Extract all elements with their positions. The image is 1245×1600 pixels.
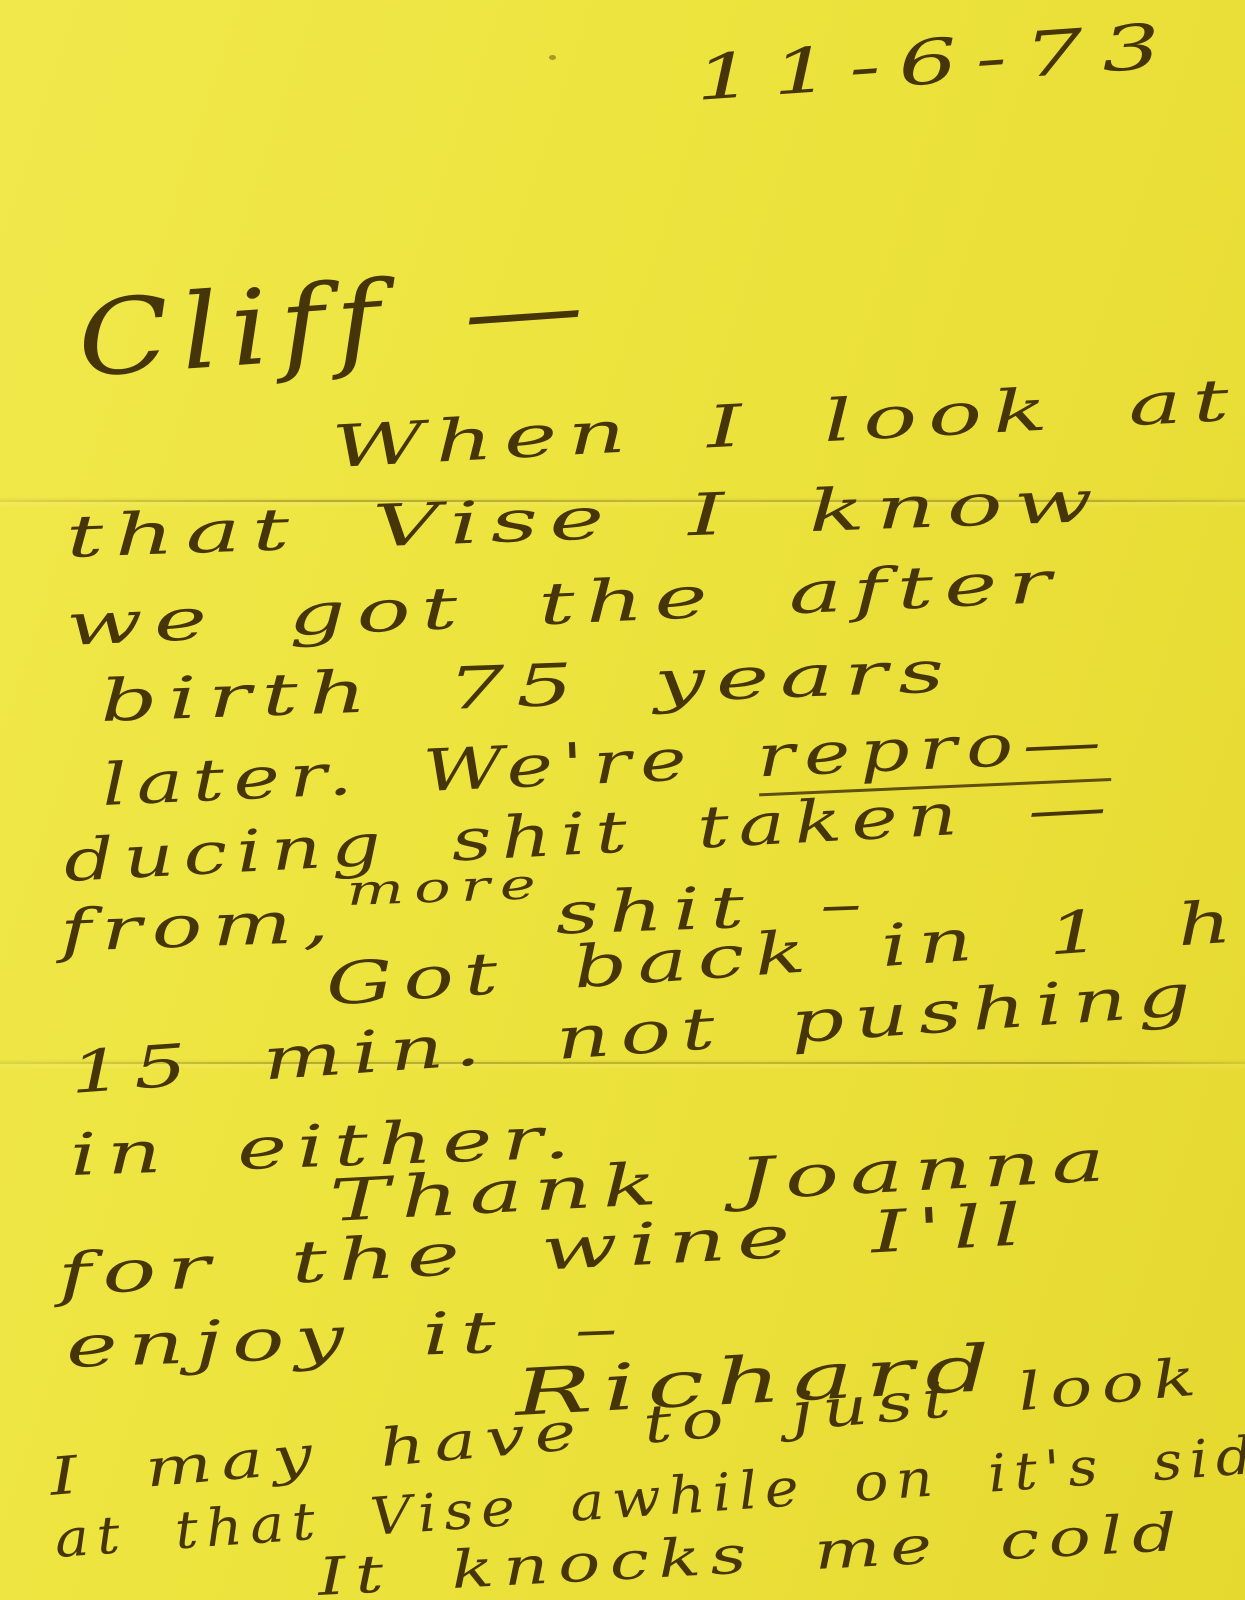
salutation: Cliff —	[74, 252, 598, 392]
paper-speck	[549, 55, 556, 60]
body-line-4: birth 75 years	[99, 642, 956, 730]
letter-paper: 11-6-73 Cliff — When I look at that Vise…	[0, 0, 1245, 1600]
inserted-word-more: more	[346, 863, 547, 912]
letter-date: 11-6-73	[693, 14, 1181, 110]
body-line-1: When I look at	[330, 370, 1241, 475]
from-line-before: from,	[59, 887, 340, 965]
